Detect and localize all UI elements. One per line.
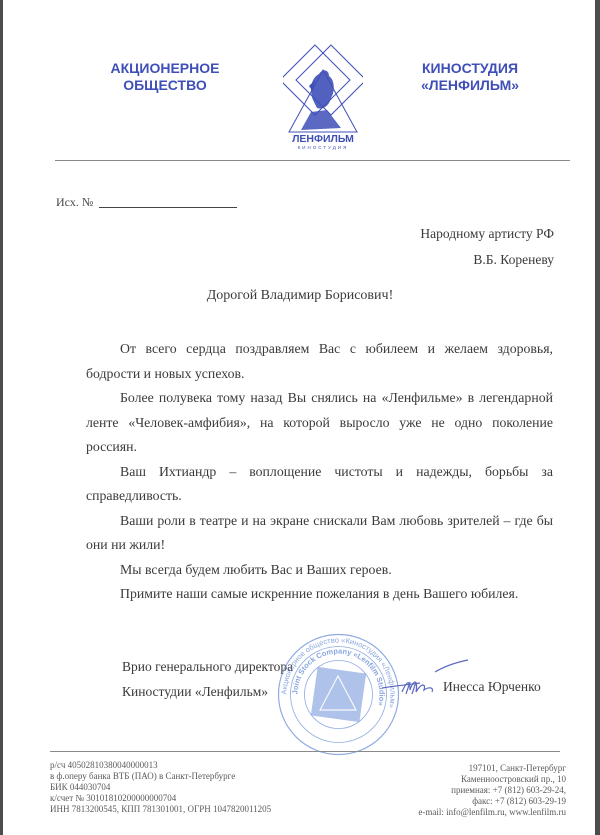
bank-name: в ф.оперу банка ВТБ (ПАО) в Санкт-Петерб…	[50, 771, 271, 782]
lenfilm-logo-icon: ЛЕНФИЛЬМ КИНОСТУДИЯ	[283, 40, 363, 150]
signatory-name: Инесса Юрченко	[443, 679, 541, 695]
paragraph: Примите наши самые искренние пожелания в…	[86, 582, 553, 607]
paragraph: Ваши роли в театре и на экране снискали …	[86, 509, 553, 558]
position-line1: Врио генерального директора	[122, 655, 293, 680]
paragraph: От всего сердца поздравляем Вас с юбилее…	[86, 337, 553, 386]
outgoing-number-label: Исх. №	[56, 195, 93, 210]
bank-account: р/сч 40502810380040000013	[50, 760, 271, 771]
scan-edge-right	[595, 0, 600, 835]
scan-edge-left	[0, 0, 3, 835]
footer-divider	[50, 751, 560, 752]
tax-ids: ИНН 7813200545, КПП 781301001, ОГРН 1047…	[50, 804, 271, 815]
svg-text:ЛЕНФИЛЬМ: ЛЕНФИЛЬМ	[292, 133, 354, 145]
svg-text:КИНОСТУДИЯ: КИНОСТУДИЯ	[298, 145, 349, 150]
letter-body: От всего сердца поздравляем Вас с юбилее…	[86, 337, 553, 607]
header-left-line1: АКЦИОНЕРНОЕ	[105, 60, 225, 77]
signatory-position: Врио генерального директора Киностудии «…	[122, 655, 293, 704]
header-company-type: АКЦИОНЕРНОЕ ОБЩЕСТВО	[105, 60, 225, 94]
street-address: Каменноостровский пр., 10	[418, 774, 566, 785]
fax-number: факс: +7 (812) 603-29-19	[418, 796, 566, 807]
paragraph: Мы всегда будем любить Вас и Ваших герое…	[86, 558, 553, 583]
addressee-name: В.Б. Кореневу	[420, 247, 554, 273]
paragraph: Более полувека тому назад Вы снялись на …	[86, 386, 553, 460]
header-right-line2: «ЛЕНФИЛЬМ»	[410, 77, 530, 94]
footer-bank-details: р/сч 40502810380040000013 в ф.оперу банк…	[50, 760, 271, 815]
salutation: Дорогой Владимир Борисович!	[0, 288, 600, 304]
footer-contacts: 197101, Санкт-Петербург Каменноостровски…	[418, 763, 566, 818]
outgoing-number-field	[99, 207, 237, 208]
header-right-line1: КИНОСТУДИЯ	[410, 60, 530, 77]
email-website: e-mail: info@lenfilm.ru, www.lenfilm.ru	[418, 807, 566, 818]
header-left-line2: ОБЩЕСТВО	[105, 77, 225, 94]
paragraph: Ваш Ихтиандр – воплощение чистоты и наде…	[86, 460, 553, 509]
postal-city: 197101, Санкт-Петербург	[418, 763, 566, 774]
bank-bik: БИК 044030704	[50, 782, 271, 793]
header-studio-name: КИНОСТУДИЯ «ЛЕНФИЛЬМ»	[410, 60, 530, 94]
position-line2: Киностудии «Ленфильм»	[122, 680, 293, 705]
header-divider	[55, 160, 570, 161]
addressee-block: Народному артисту РФ В.Б. Кореневу	[420, 221, 554, 273]
addressee-title: Народному артисту РФ	[420, 221, 554, 247]
reception-phone: приемная: +7 (812) 603-29-24,	[418, 785, 566, 796]
bank-corr-account: к/счет № 30101810200000000704	[50, 793, 271, 804]
